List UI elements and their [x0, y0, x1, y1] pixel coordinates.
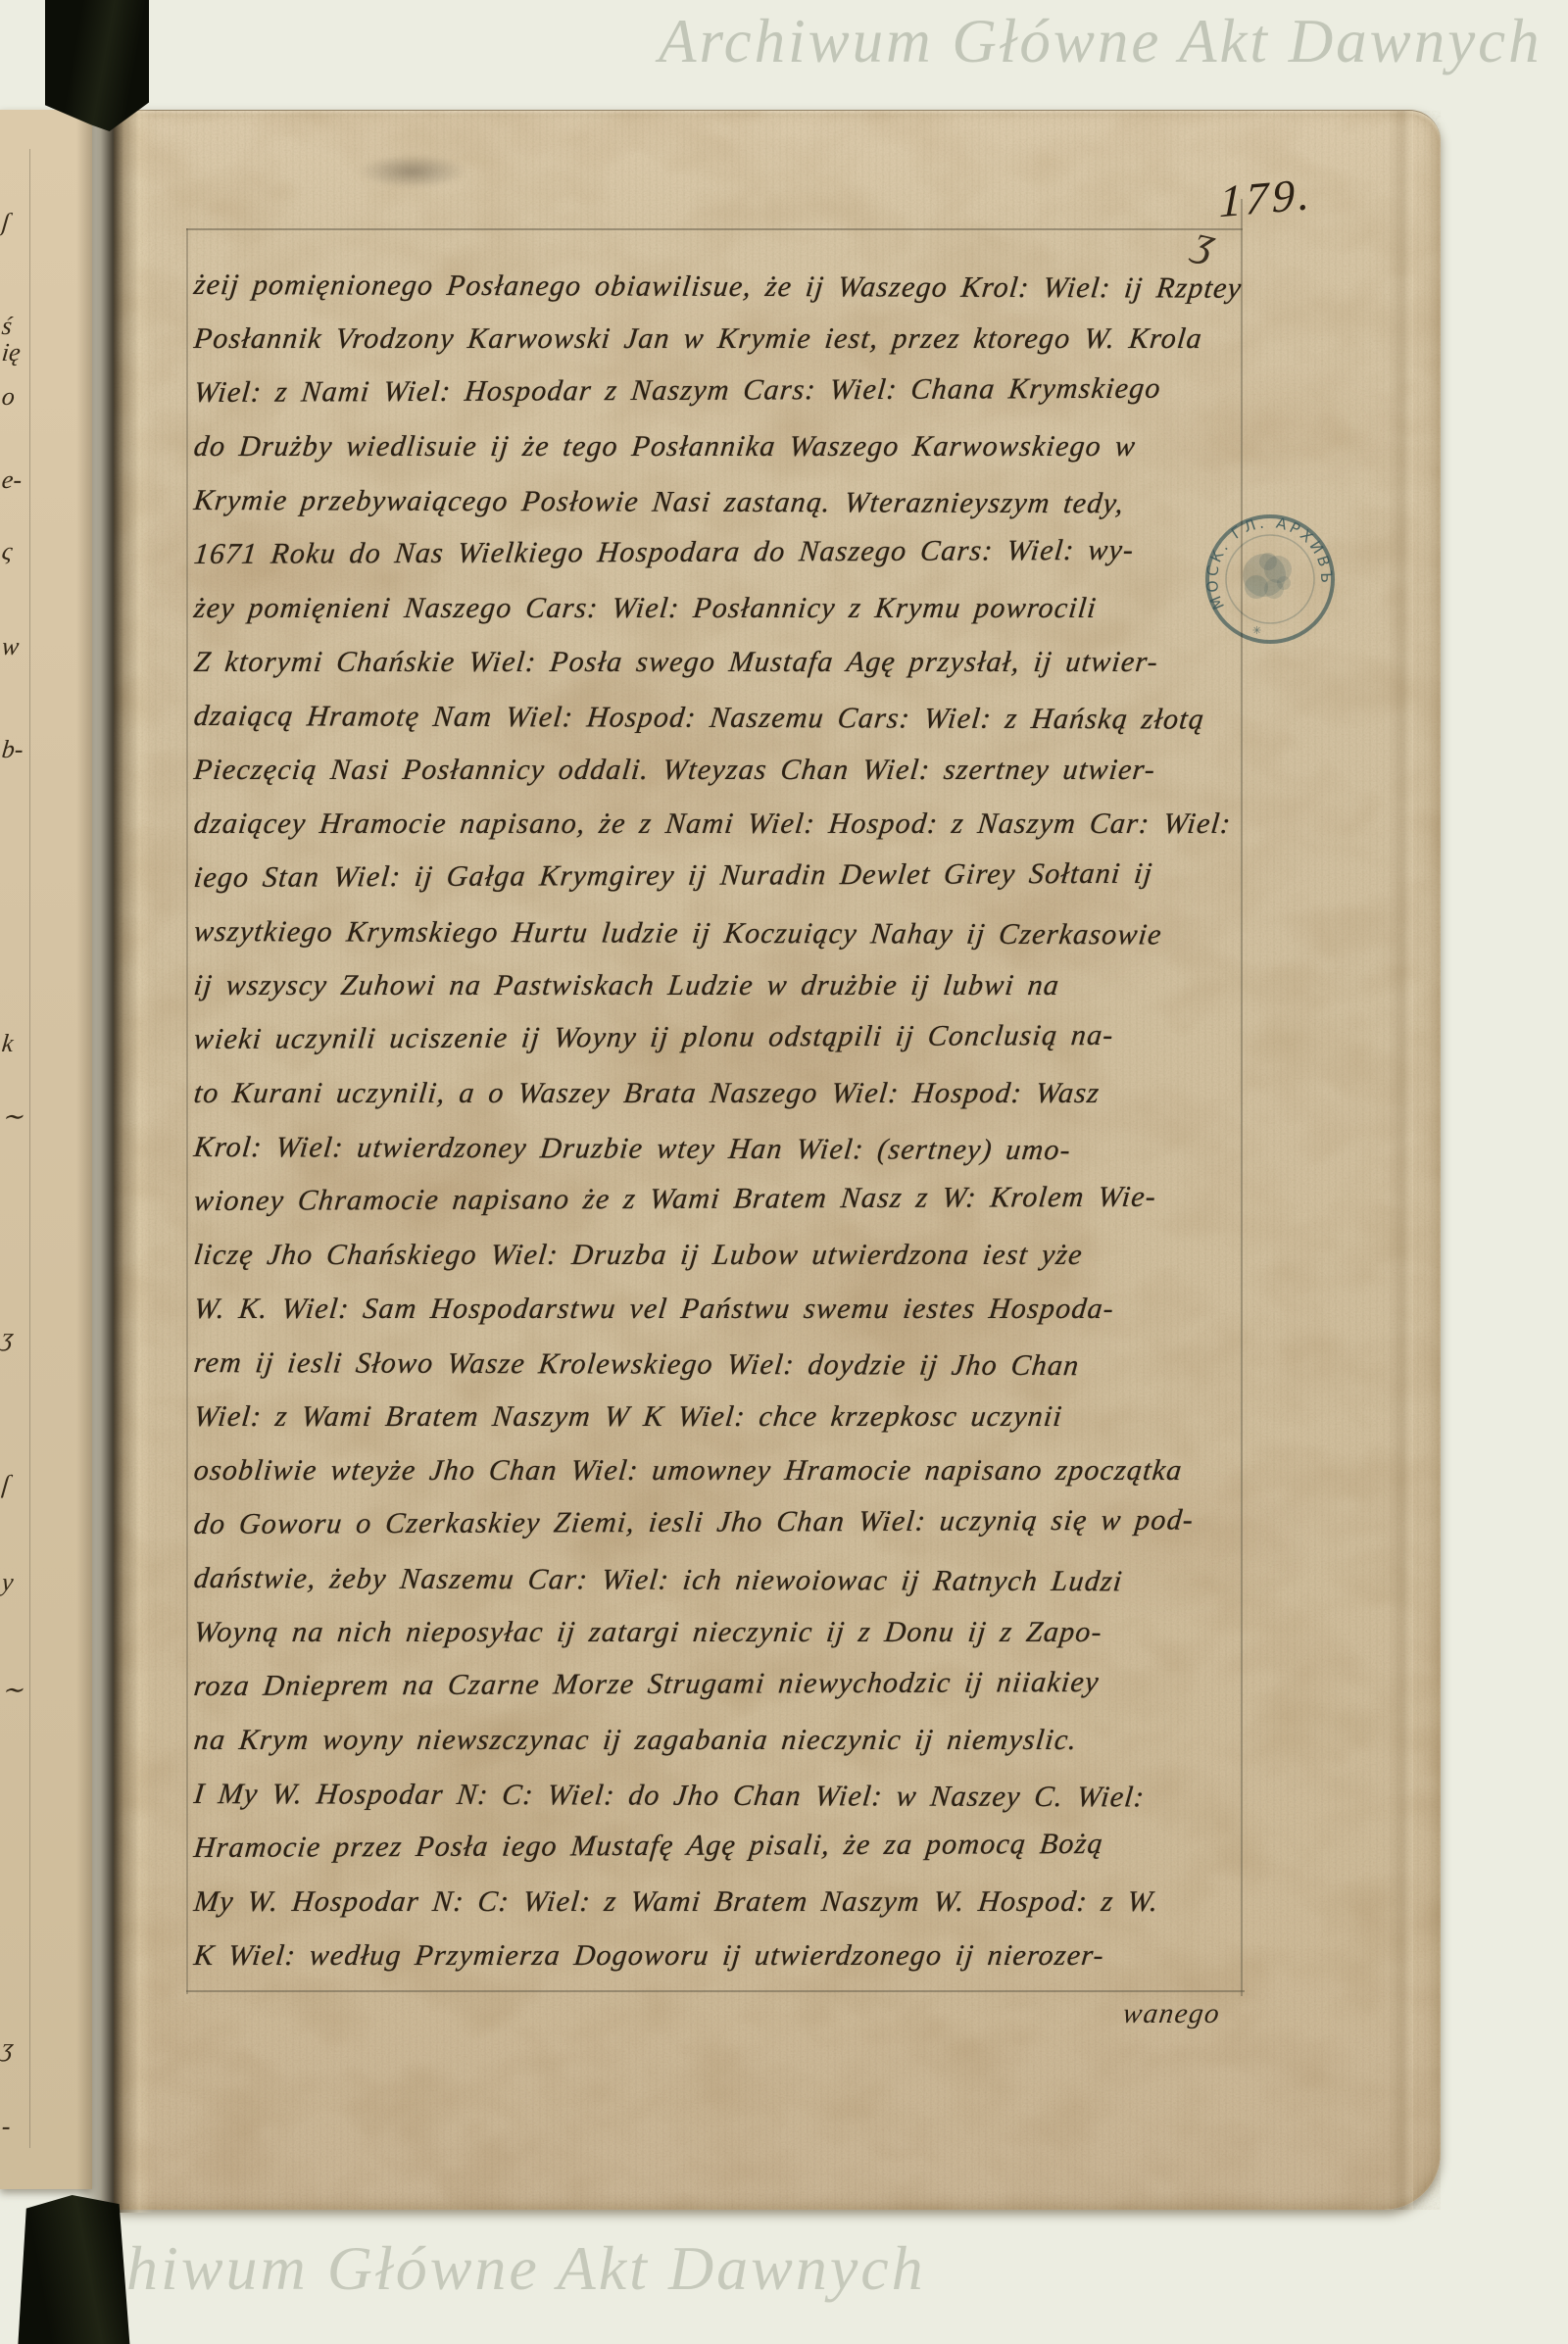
- margin-fragment: ſ: [0, 1470, 10, 1499]
- manuscript-line: żey pomięnieni Naszego Cars: Wiel: Posła…: [191, 581, 1261, 635]
- stamp-separator-star: ✳: [1252, 624, 1261, 637]
- margin-fragment: k: [0, 1029, 15, 1058]
- catchword: wanego: [1121, 1998, 1223, 2030]
- manuscript-page: 179. ʒ żeij pomięnionego Posłanego obiaw…: [114, 110, 1441, 2210]
- margin-fragment: ∼: [0, 1102, 24, 1132]
- manuscript-line: żeij pomięnionego Posłanego obiawilisue,…: [191, 258, 1261, 316]
- manuscript-line: W. K. Wiel: Sam Hospodarstwu vel Państwu…: [191, 1282, 1261, 1336]
- paper-crease: [1388, 111, 1413, 2210]
- manuscript-line: ij wszyscy Zuhowi na Pastwiskach Ludzie …: [191, 958, 1261, 1012]
- margin-fragment: ię: [0, 338, 22, 367]
- margin-fragment: ʒ: [0, 2033, 15, 2063]
- manuscript-line: Posłannik Vrodzony Karwowski Jan w Krymi…: [191, 312, 1261, 366]
- manuscript-line: do Goworu o Czerkaskiey Ziemi, iesli Jho…: [191, 1492, 1261, 1551]
- manuscript-line: osobliwie wteyże Jho Chan Wiel: umowney …: [191, 1443, 1261, 1497]
- page-number: 179.: [1219, 168, 1314, 228]
- margin-fragment: ʃ: [0, 208, 11, 237]
- book-spread: ʃśięoe-ςwb-k∼ʒſy∼ʒ- 179. ʒ żeij pomięnio: [0, 110, 1568, 2213]
- manuscript-line: wioney Chramocie napisano że z Wami Brat…: [191, 1169, 1261, 1228]
- margin-fragment: b-: [0, 735, 24, 764]
- archive-watermark-bottom: Archiwum Główne Akt Dawnych: [29, 2232, 926, 2305]
- manuscript-line: na Krym woyny niewszczynac ij zagabania …: [191, 1713, 1261, 1767]
- margin-fragment: ς: [0, 537, 14, 566]
- previous-page-rule-line: [29, 149, 30, 2148]
- manuscript-line: liczę Jho Chańskiego Wiel: Druzba ij Lub…: [191, 1228, 1261, 1282]
- manuscript-line: Z ktorymi Chańskie Wiel: Posła swego Mus…: [191, 635, 1261, 689]
- manuscript-line: Hramocie przez Posła iego Mustafę Agę pi…: [191, 1816, 1261, 1875]
- scanned-manuscript-page: Archiwum Główne Akt Dawnych ʃśięoe-ςwb-k…: [0, 0, 1568, 2344]
- margin-fragment: o: [0, 382, 16, 412]
- manuscript-line: 1671 Roku do Nas Wielkiego Hospodara do …: [191, 522, 1261, 581]
- binding-tape-top: [45, 0, 149, 131]
- manuscript-line: Krymie przebywaiącego Posłowie Nasi zast…: [191, 473, 1261, 531]
- margin-fragment: ś: [0, 312, 13, 341]
- margin-fragment: -: [0, 2112, 12, 2141]
- manuscript-line: daństwie, żeby Naszemu Car: Wiel: ich ni…: [191, 1551, 1261, 1609]
- manuscript-line: Wiel: z Nami Wiel: Hospodar z Naszym Car…: [191, 361, 1261, 419]
- manuscript-line: I My W. Hospodar N: C: Wiel: do Jho Chan…: [191, 1767, 1261, 1825]
- previous-page-edge: ʃśięoe-ςwb-k∼ʒſy∼ʒ-: [0, 110, 92, 2189]
- manuscript-line: to Kurani uczynili, a o Waszey Brata Nas…: [191, 1066, 1261, 1120]
- manuscript-line: dzaiącey Hramocie napisano, że z Nami Wi…: [191, 797, 1261, 851]
- margin-fragment: w: [0, 632, 20, 661]
- margin-fragment: e-: [0, 465, 23, 495]
- margin-fragment: ʒ: [0, 1323, 15, 1352]
- archive-watermark-top: Archiwum Główne Akt Dawnych: [659, 6, 1543, 77]
- ink-smudge: [359, 155, 466, 188]
- manuscript-line: Woyną na nich nieposyłac ij zatargi niec…: [191, 1605, 1261, 1659]
- manuscript-line: Wiel: z Wami Bratem Naszym W K Wiel: chc…: [191, 1390, 1261, 1443]
- manuscript-line: wszytkiego Krymskiego Hurtu ludzie ij Ko…: [191, 904, 1261, 962]
- margin-fragment: y: [0, 1568, 15, 1597]
- ruled-frame-bottom: [186, 1990, 1245, 1992]
- manuscript-line: K Wiel: według Przymierza Dogoworu ij ut…: [191, 1929, 1261, 1982]
- manuscript-line: Pieczęcią Nasi Posłannicy oddali. Wteyza…: [191, 743, 1261, 797]
- ruled-frame-top: [186, 228, 1243, 230]
- manuscript-line: rem ij iesli Słowo Wasze Krolewskiego Wi…: [191, 1336, 1261, 1393]
- manuscript-text: żeij pomięnionego Posłanego obiawilisue,…: [194, 258, 1258, 1982]
- manuscript-line: dzaiącą Hramotę Nam Wiel: Hospod: Naszem…: [191, 689, 1261, 747]
- manuscript-line: iego Stan Wiel: ij Gałga Krymgirey ij Nu…: [191, 846, 1261, 904]
- archive-stamp: МОСК. ГЛ. АРХИВЪ ✳: [1196, 505, 1345, 654]
- manuscript-line: roza Dnieprem na Czarne Morze Strugami n…: [191, 1654, 1261, 1713]
- manuscript-line: do Drużby wiedlisuie ij że tego Posłanni…: [191, 419, 1261, 473]
- binding-tape-bottom: [16, 2195, 133, 2344]
- ruled-frame-left: [186, 228, 188, 1994]
- manuscript-line: wieki uczynili uciszenie ij Woyny ij plo…: [191, 1007, 1261, 1066]
- manuscript-line: Krol: Wiel: utwierdzoney Druzbie wtey Ha…: [191, 1120, 1261, 1178]
- eagle-emblem: [1243, 553, 1292, 599]
- manuscript-line: My W. Hospodar N: C: Wiel: z Wami Bratem…: [191, 1875, 1261, 1929]
- margin-fragment: ∼: [0, 1676, 24, 1705]
